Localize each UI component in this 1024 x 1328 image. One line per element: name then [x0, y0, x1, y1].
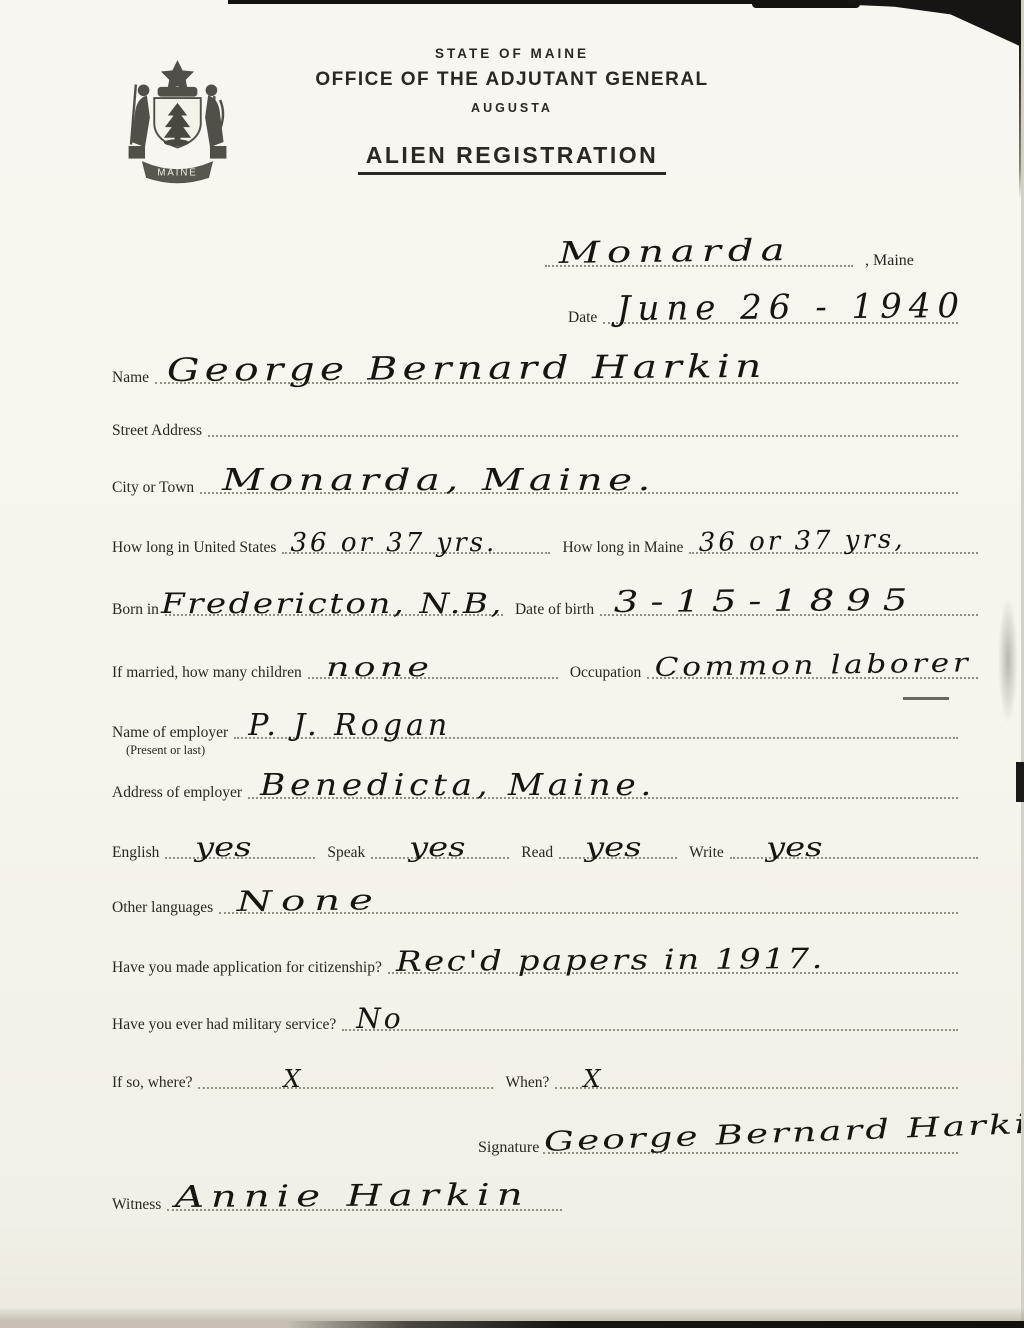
place-value: Monarda [558, 236, 791, 269]
military-value: No [356, 1005, 403, 1033]
street-address-row: Street Address [112, 421, 958, 441]
write-label: Write [689, 843, 724, 863]
english-label: English [112, 843, 159, 863]
employer-name-row: Name of employer (Present or last) P. J.… [112, 723, 958, 743]
how-long-us-label: How long in United States [112, 538, 276, 558]
where-value: X [283, 1067, 300, 1091]
birth-row: Born in Fredericton, N.B, Date of birth … [112, 600, 978, 620]
when-label: When? [505, 1073, 549, 1093]
how-long-us-line: 36 or 37 yrs. [282, 552, 550, 554]
signature-row: Signature George Bernard Harkin [478, 1138, 958, 1158]
read-label: Read [521, 843, 553, 863]
military-row: Have you ever had military service? No [112, 1015, 958, 1035]
born-in-line: Fredericton, N.B, [165, 614, 503, 616]
witness-line: Annie Harkin [167, 1209, 562, 1211]
date-label: Date [568, 308, 597, 328]
born-in-label: Born in [112, 600, 159, 620]
witness-value: Annie Harkin [175, 1181, 530, 1213]
employer-name-label-text: Name of employer [112, 724, 228, 741]
children-value: none [326, 655, 433, 681]
name-row: Name George Bernard Harkin [112, 368, 958, 388]
form-header: STATE OF MAINE OFFICE OF THE ADJUTANT GE… [0, 46, 1024, 175]
children-line: none [308, 677, 558, 679]
name-label: Name [112, 368, 149, 388]
city-label: City or Town [112, 478, 194, 498]
speak-line: yes [371, 857, 509, 859]
how-long-us-value: 36 or 37 yrs. [290, 530, 497, 556]
employer-address-row: Address of employer Benedicta, Maine. [112, 783, 958, 803]
how-long-maine-label: How long in Maine [562, 538, 683, 558]
alien-registration-form: MAINE STATE OF MAINE OFFICE OF THE ADJUT… [0, 0, 1024, 1328]
citizenship-value: Rec'd papers in 1917. [396, 945, 825, 976]
form-title: ALIEN REGISTRATION [358, 142, 666, 175]
write-value: yes [766, 835, 822, 861]
place-suffix: , Maine [865, 251, 914, 271]
other-languages-label: Other languages [112, 898, 213, 918]
citizenship-label: Have you made application for citizenshi… [112, 958, 382, 978]
scan-artifact-top-blob [752, 0, 860, 8]
place-row: Monarda , Maine [545, 251, 965, 271]
city-value: Monarda, Maine. [222, 466, 656, 496]
street-address-label: Street Address [112, 421, 202, 441]
signature-value: George Bernard Harkin [543, 1110, 1024, 1156]
where-label: If so, where? [112, 1073, 192, 1093]
military-label: Have you ever had military service? [112, 1015, 336, 1035]
citizenship-line: Rec'd papers in 1917. [388, 972, 958, 974]
other-languages-value: None [236, 886, 382, 916]
scan-artifact-bottom-line [0, 1321, 1024, 1328]
employer-name-value: P. J. Rogan [248, 711, 451, 741]
citizenship-row: Have you made application for citizenshi… [112, 958, 958, 978]
duration-row: How long in United States 36 or 37 yrs. … [112, 538, 978, 558]
other-languages-line: None [219, 912, 958, 914]
city-row: City or Town Monarda, Maine. [112, 478, 958, 498]
scan-artifact-top-right-corner [849, 0, 1024, 48]
name-value: George Bernard Harkin [167, 350, 767, 386]
state-heading: STATE OF MAINE [0, 46, 1024, 61]
read-value: yes [585, 835, 641, 861]
occupation-line: Common laborer [647, 677, 978, 679]
signature-label: Signature [478, 1138, 539, 1158]
date-row: Date June 26 - 1940 [568, 308, 958, 328]
language-skills-row: English yes Speak yes Read yes Write yes [112, 843, 978, 863]
city-line: Monarda, Maine. [200, 492, 958, 494]
street-address-line [208, 435, 958, 437]
speak-label: Speak [327, 843, 365, 863]
occupation-value: Common laborer [655, 650, 972, 681]
employer-name-label: Name of employer (Present or last) [112, 723, 228, 743]
when-value: X [583, 1067, 600, 1091]
where-line: X [198, 1087, 493, 1089]
children-occupation-row: If married, how many children none Occup… [112, 663, 978, 683]
born-in-value: Fredericton, N.B, [161, 590, 504, 618]
date-value: June 26 - 1940 [617, 289, 967, 326]
date-of-birth-line: 3-15-1895 [600, 614, 978, 616]
employer-address-label: Address of employer [112, 783, 242, 803]
english-value: yes [195, 835, 251, 861]
place-line: Monarda [545, 265, 853, 267]
scan-smudge-right [998, 595, 1018, 725]
date-of-birth-label: Date of birth [515, 600, 594, 620]
witness-label: Witness [112, 1195, 161, 1215]
how-long-maine-line: 36 or 37 yrs, [689, 552, 978, 554]
occupation-underline-mark [903, 697, 949, 700]
children-label: If married, how many children [112, 663, 302, 683]
signature-line: George Bernard Harkin [543, 1152, 958, 1154]
scan-mark-right [1016, 762, 1024, 802]
speak-value: yes [409, 835, 465, 861]
name-line: George Bernard Harkin [155, 382, 958, 384]
read-line: yes [559, 857, 677, 859]
employer-address-line: Benedicta, Maine. [248, 797, 958, 799]
employer-name-line: P. J. Rogan [234, 737, 958, 739]
employer-address-value: Benedicta, Maine. [260, 771, 656, 801]
scan-artifact-bottom-band [0, 1307, 1024, 1321]
occupation-label: Occupation [570, 663, 641, 683]
write-line: yes [730, 857, 978, 859]
how-long-maine-value: 36 or 37 yrs, [699, 526, 906, 556]
city-heading: AUGUSTA [0, 101, 1024, 115]
other-languages-row: Other languages None [112, 898, 958, 918]
when-line: X [555, 1087, 958, 1089]
office-heading: OFFICE OF THE ADJUTANT GENERAL [0, 69, 1024, 91]
date-of-birth-value: 3-15-1895 [614, 586, 920, 618]
where-when-row: If so, where? X When? X [112, 1073, 958, 1093]
military-line: No [342, 1029, 958, 1031]
employer-name-sublabel: (Present or last) [126, 740, 205, 760]
witness-row: Witness Annie Harkin [112, 1195, 562, 1215]
english-line: yes [165, 857, 315, 859]
date-line: June 26 - 1940 [603, 322, 958, 324]
